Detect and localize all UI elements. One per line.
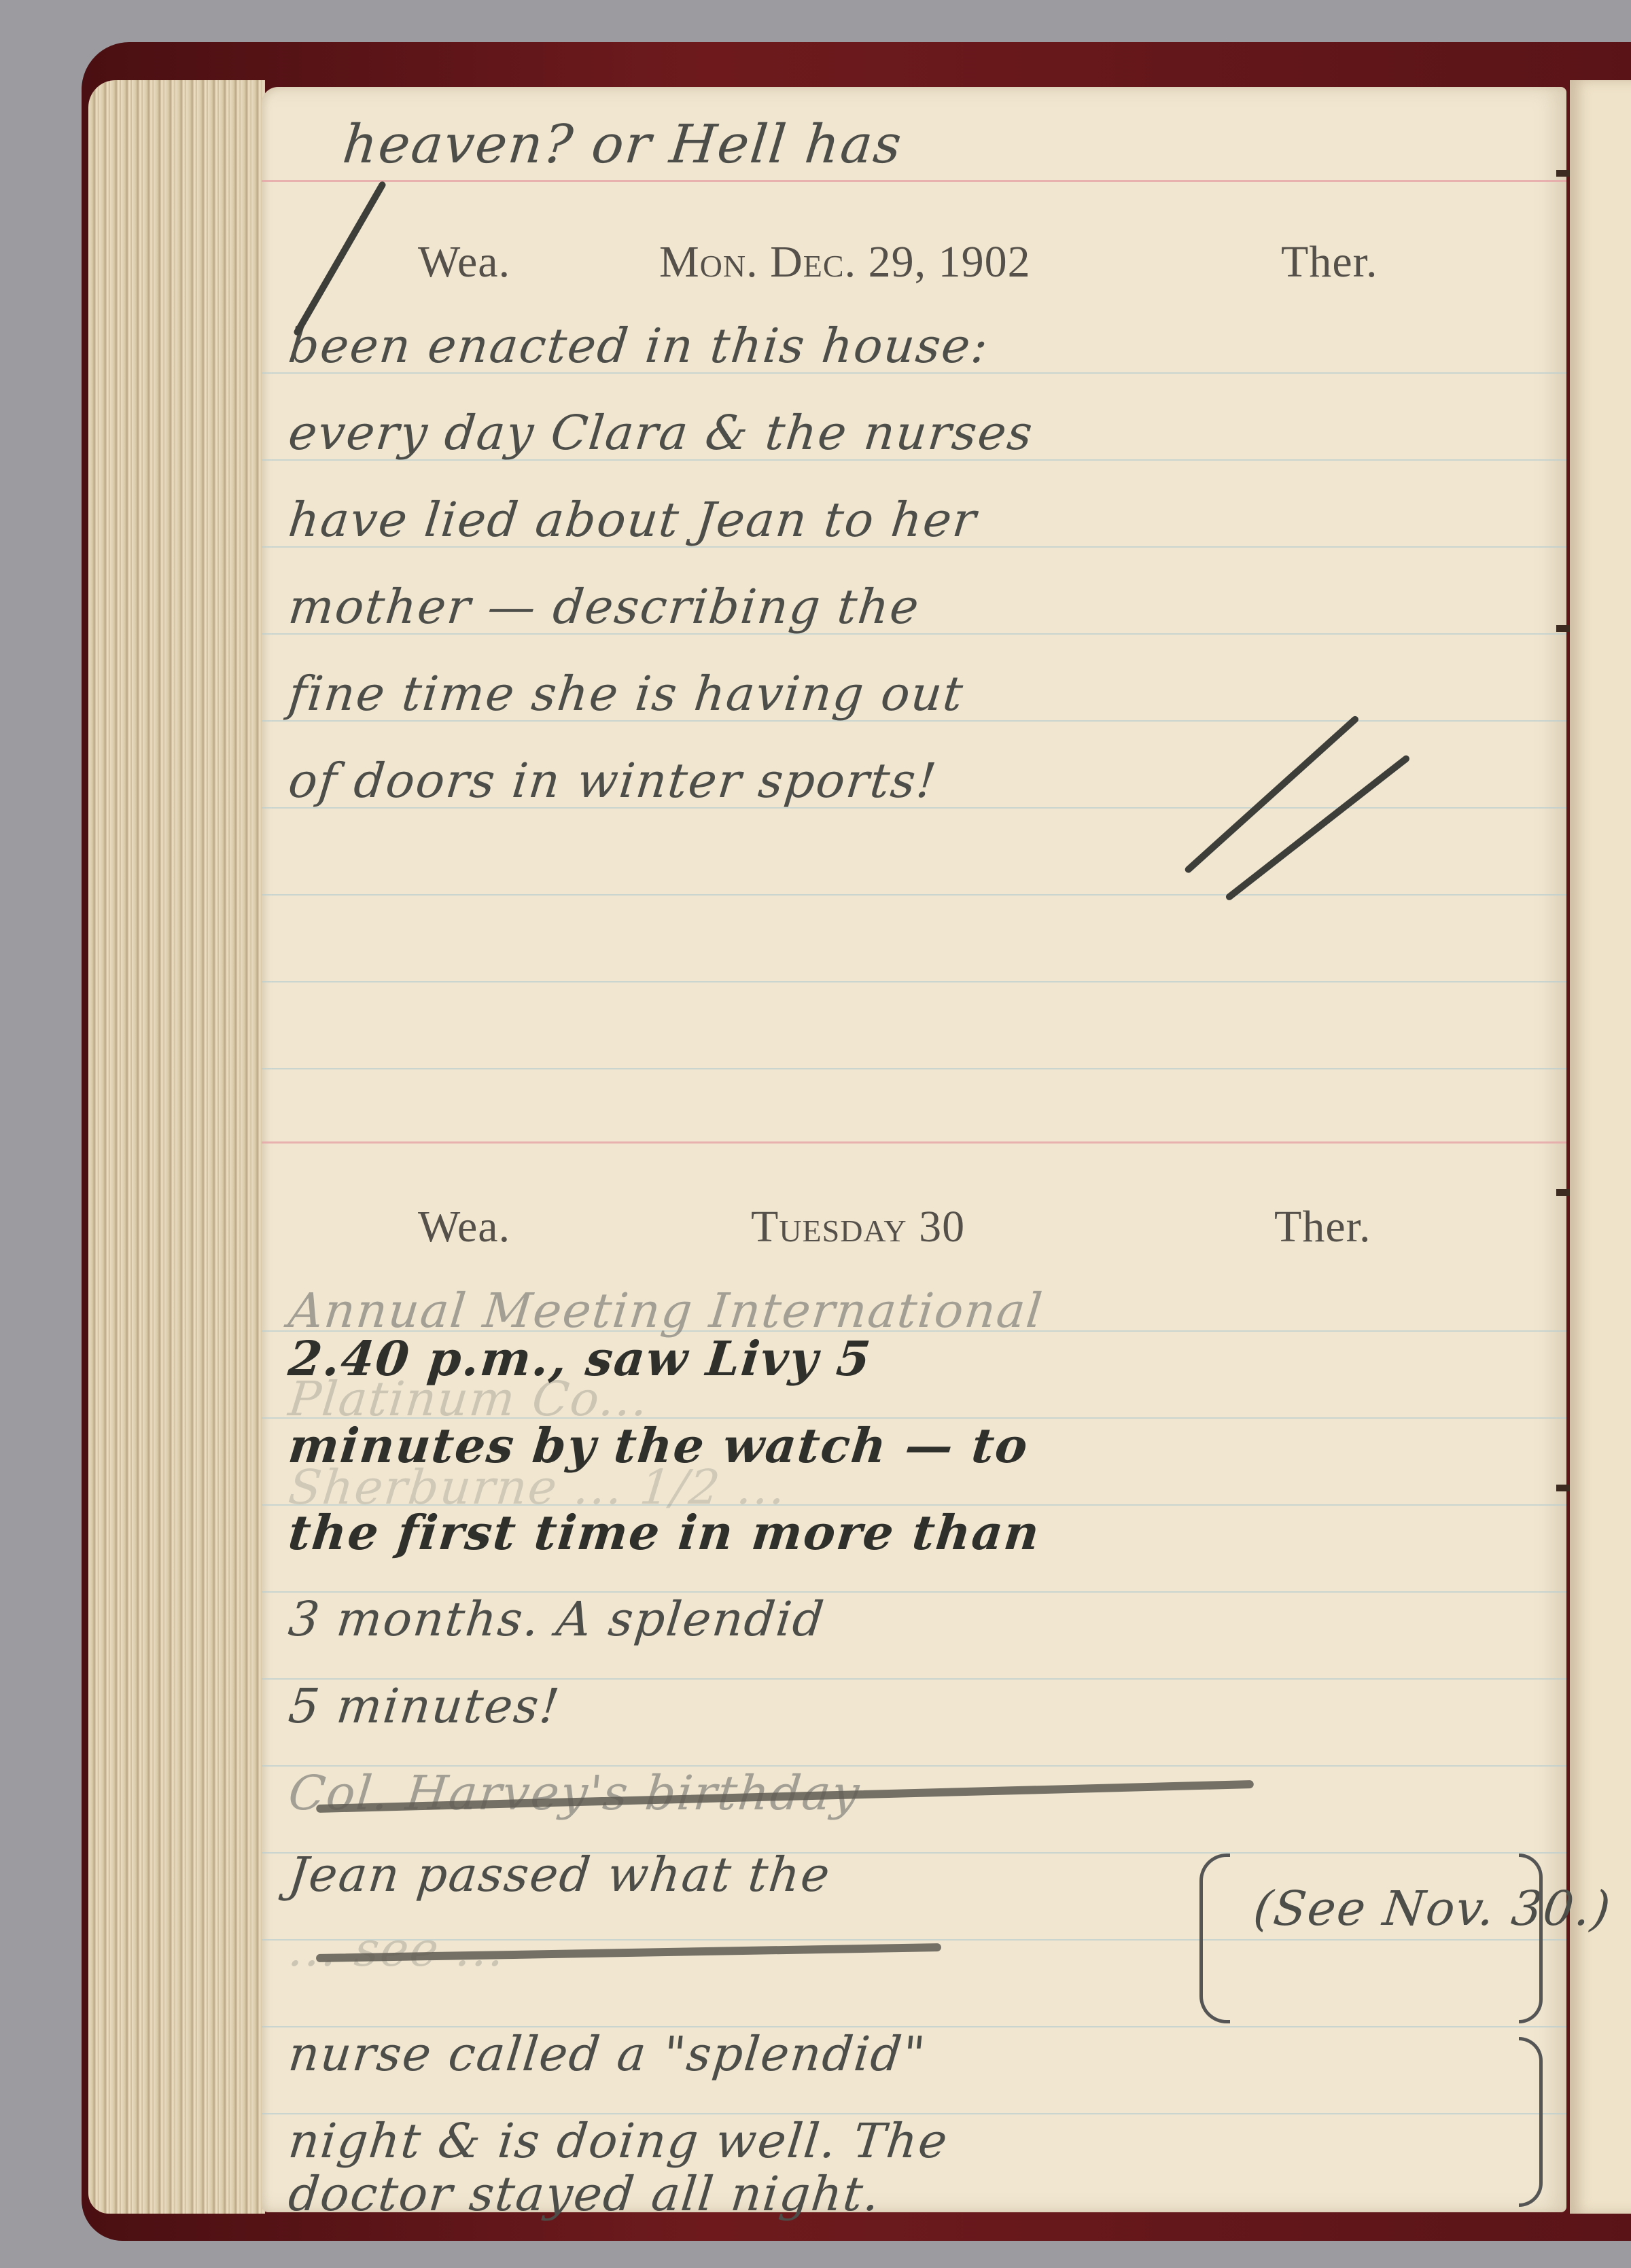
entry-line: the first time in more than — [286, 1504, 1043, 1561]
entry-line: minutes by the watch — to — [286, 1417, 1032, 1474]
page-edges-stack — [88, 80, 265, 2214]
entry-line: Jean passed what the — [286, 1847, 834, 1902]
entry-header-dec30: Wea. Tuesday 30 Ther. — [262, 1201, 1566, 1256]
entry-line: 5 minutes! — [286, 1678, 563, 1734]
entry-line: mother — describing the — [286, 579, 923, 635]
entry-line: have lied about Jean to her — [286, 492, 980, 548]
deletion-mark — [1184, 715, 1360, 874]
entry-line: doctor stayed all night. — [286, 2166, 883, 2222]
thermometer-label: Ther. — [1274, 1201, 1371, 1253]
margin-bracket — [1519, 1854, 1543, 2023]
ruled-line — [262, 981, 1566, 982]
margin-note: (See Nov. 30.) — [1251, 1881, 1615, 1936]
weather-label: Wea. — [418, 1201, 510, 1253]
binding-stitch — [1556, 625, 1570, 632]
entry-line: 3 months. A splendid — [286, 1591, 828, 1647]
ruled-line — [262, 1068, 1566, 1069]
date-label: Mon. Dec. 29, 1902 — [659, 236, 1031, 288]
binding-stitch — [1556, 1189, 1570, 1196]
margin-bracket — [1519, 2037, 1543, 2207]
ruled-line — [262, 894, 1566, 896]
entry-line: night & is doing well. The — [286, 2113, 951, 2169]
entry-line: 2.40 p.m., saw Livy 5 — [286, 1330, 875, 1387]
deletion-mark — [1225, 754, 1411, 902]
date-label: Tuesday 30 — [751, 1201, 965, 1253]
struck-line: ... see ... — [286, 1921, 508, 1977]
entry-line: been enacted in this house: — [286, 318, 992, 374]
margin-bracket — [1199, 1854, 1230, 2023]
entry-line: nurse called a "splendid" — [286, 2026, 929, 2082]
entry-line: of doors in winter sports! — [286, 753, 941, 809]
thermometer-label: Ther. — [1281, 236, 1378, 288]
top-red-rule — [262, 180, 1566, 182]
entry-line: fine time she is having out — [286, 666, 967, 722]
binding-stitch — [1556, 1485, 1570, 1491]
entry-line: every day Clara & the nurses — [286, 405, 1036, 461]
entry-header-dec29: Wea. Mon. Dec. 29, 1902 Ther. — [262, 236, 1566, 291]
continuation-line: heaven? or Hell has — [340, 114, 905, 175]
binding-stitch — [1556, 170, 1570, 177]
diary-page: heaven? or Hell has Wea. Mon. Dec. 29, 1… — [262, 87, 1566, 2212]
section-red-rule — [262, 1141, 1566, 1144]
weather-label: Wea. — [418, 236, 510, 288]
